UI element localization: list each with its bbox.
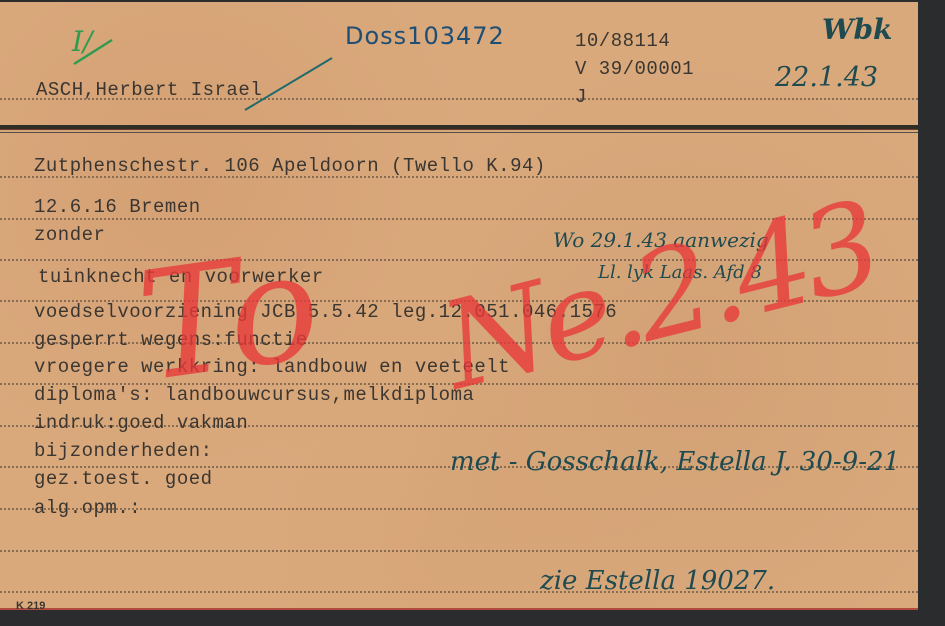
ref-number-1: 10/88114 xyxy=(575,32,670,51)
ref-letter: J xyxy=(575,88,587,107)
field-particulars: bijzonderheden: xyxy=(34,442,213,461)
handwritten-with-note: met - Gosschalk, Estella J. 30-9-21 xyxy=(450,449,900,475)
field-address: Zutphenschestr. 106 Apeldoorn (Twello K.… xyxy=(34,157,546,176)
handwritten-code: Wbk xyxy=(822,16,892,44)
header-divider xyxy=(0,125,918,130)
ref-number-2: V 39/00001 xyxy=(575,60,694,79)
red-annotation-left: To xyxy=(130,230,328,403)
handwritten-see-note: zie Estella 19027. xyxy=(540,568,775,594)
green-pencil-mark: I/ xyxy=(72,28,93,56)
form-code: K 219 xyxy=(16,600,45,612)
index-card: I/ ASCH,Herbert Israel Doss103472 10/881… xyxy=(0,2,918,610)
field-health: gez.toest. goed xyxy=(34,470,213,489)
handwritten-date: 22.1.43 xyxy=(775,64,878,91)
person-name: ASCH,Herbert Israel xyxy=(36,81,262,100)
field-general-remarks: alg.opm.: xyxy=(34,499,141,518)
field-religion: zonder xyxy=(34,226,105,245)
header-divider-thin xyxy=(0,132,918,133)
rule-line xyxy=(0,591,918,593)
dossier-number: Doss103472 xyxy=(345,24,505,48)
rule-line xyxy=(0,550,918,552)
field-birth: 12.6.16 Bremen xyxy=(34,198,201,217)
field-impression: indruk:goed vakman xyxy=(34,414,248,433)
